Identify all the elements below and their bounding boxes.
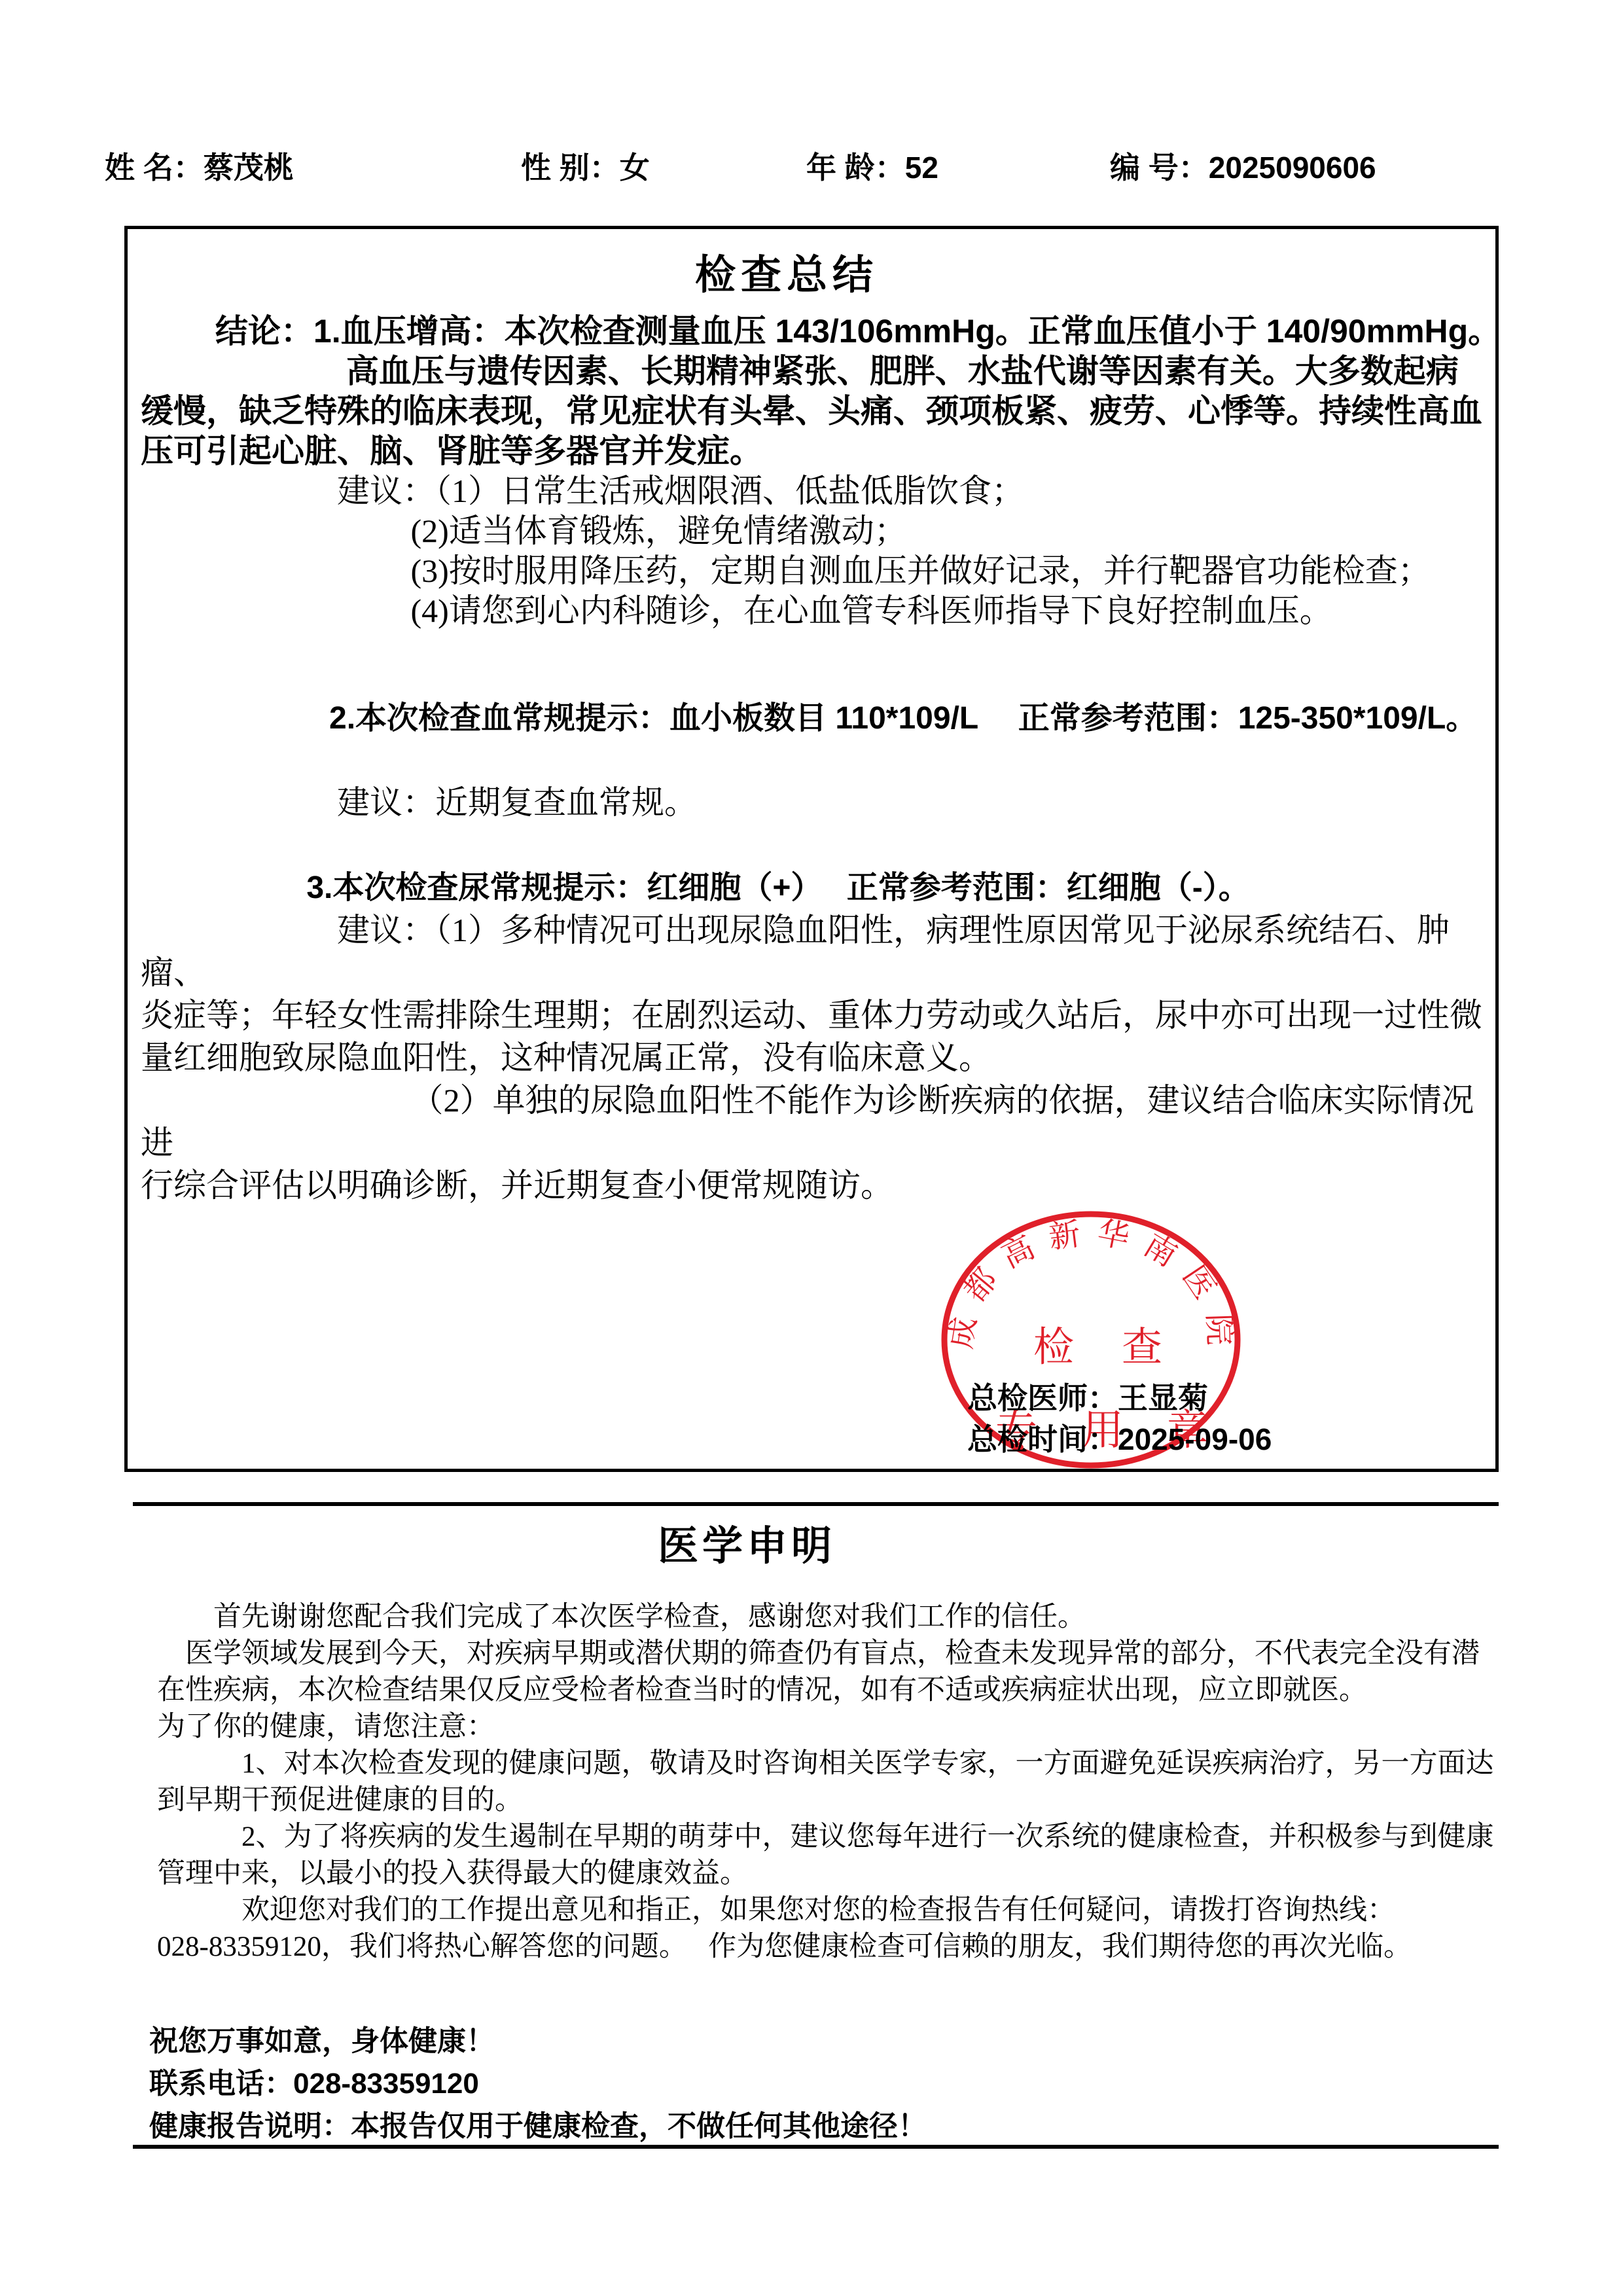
patient-name-value: 蔡茂桃: [204, 151, 294, 185]
statement-title: 医学申明: [0, 1513, 1493, 1571]
patient-gender-field: 性 别：女: [521, 149, 650, 186]
patient-gender-value: 女: [620, 151, 650, 185]
patient-age-value: 52: [905, 151, 938, 185]
conclusion-paragraph: 结论：1.血压增高：本次检查测量血压 143/106mmHg。正常血压值小于 1…: [141, 312, 1502, 471]
blood-routine-advice: 建议：近期复查血常规。: [141, 781, 1502, 823]
review-time-line: 总检时间：2025-09-06: [967, 1419, 1272, 1460]
statement-body: 首先谢谢您配合我们完成了本次医学检查，感谢您对我们工作的信任。 医学领域发展到今…: [157, 1599, 1505, 1965]
footer-bottom-divider: [133, 2145, 1499, 2149]
footer-note-line: 健康报告说明：本报告仅用于健康检查，不做任何其他途径！: [149, 2105, 927, 2147]
patient-age-label: 年 龄：: [806, 151, 905, 185]
urine-routine-advice: 建议：（1）多种情况可出现尿隐血阳性，病理性原因常见于泌尿系统结石、肿瘤、 炎症…: [141, 909, 1502, 1207]
report-number-value: 2025090606: [1209, 151, 1376, 185]
blood-routine-finding: 2.本次检查血常规提示：血小板数目 110*109/L 正常参考范围：125-3…: [141, 698, 1502, 740]
blood-pressure-advice: 建议：（1）日常生活戒烟限酒、低盐低脂饮食； (2)适当体育锻炼，避免情绪激动；…: [141, 471, 1502, 631]
physician-block: 总检医师：王显菊 总检时间：2025-09-06: [967, 1378, 1272, 1460]
urine-routine-finding: 3.本次检查尿常规提示：红细胞（+） 正常参考范围：红细胞（-）。: [141, 867, 1502, 909]
patient-gender-label: 性 别：: [521, 151, 620, 185]
patient-name-label: 姓 名：: [105, 151, 204, 185]
chief-doctor-line: 总检医师：王显菊: [967, 1378, 1272, 1419]
patient-name-field: 姓 名：蔡茂桃: [105, 149, 294, 186]
report-number-label: 编 号：: [1110, 151, 1209, 185]
stamp-word-cha: 查: [1122, 1325, 1162, 1370]
footer-block: 祝您万事如意，身体健康！ 联系电话：028-83359120 健康报告说明：本报…: [149, 2020, 927, 2147]
stamp-word-jian: 检: [1033, 1325, 1074, 1370]
summary-title: 检查总结: [99, 242, 1474, 300]
patient-age-field: 年 龄：52: [806, 149, 938, 186]
footer-wish-line: 祝您万事如意，身体健康！: [149, 2020, 927, 2062]
report-number-field: 编 号：2025090606: [1110, 149, 1376, 186]
statement-top-divider: [133, 1502, 1499, 1506]
footer-phone-line: 联系电话：028-83359120: [149, 2062, 927, 2105]
stamp-arc-text: 成都高新华南医院: [943, 1215, 1237, 1361]
medical-report-page: 姓 名：蔡茂桃 性 别：女 年 龄：52 编 号：2025090606 检查总结…: [0, 0, 1623, 2296]
